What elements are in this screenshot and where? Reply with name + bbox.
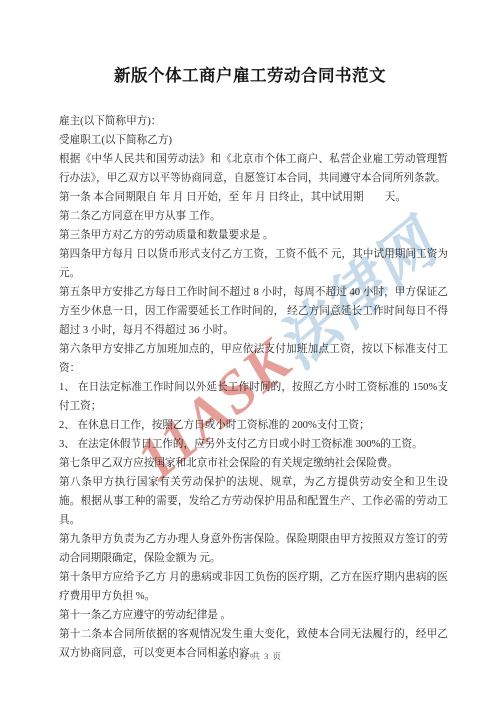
doc-paragraph: 第一条 本合同期限自 年 月 日开始，至 年 月 日终止，其中试用期 天。: [59, 188, 448, 207]
document-page: 11ASK法律网 新版个体工商户雇工劳动合同书范文 雇主(以下简称甲方)： 受雇…: [0, 0, 500, 706]
doc-paragraph: 第五条甲方安排乙方每日工作时间不超过 8 小时，每周不超过 40 小时，甲方保证…: [59, 283, 448, 340]
doc-paragraph: 受雇职工(以下简称乙方): [59, 131, 448, 150]
doc-paragraph: 第七条甲乙双方应按国家和北京市社会保险的有关规定缴纳社会保险费。: [59, 454, 448, 473]
doc-paragraph: 雇主(以下简称甲方)：: [59, 112, 448, 131]
doc-paragraph: 第三条甲方对乙方的劳动质量和数量要求是 。: [59, 226, 448, 245]
doc-paragraph: 3、 在法定休假节日工作的，应另外支付乙方日或小时工资标准 300%的工资。: [59, 435, 448, 454]
doc-paragraph: 第四条甲方每月 日以货币形式支付乙方工资，工资不低不 元，其中试用期间工资为元。: [59, 245, 448, 283]
doc-paragraph: 第二条乙方同意在甲方从事 工作。: [59, 207, 448, 226]
doc-paragraph: 第九条甲方负责为乙方办理人身意外伤害保险。保险期限由甲方按照双方签订的劳动合同期…: [59, 530, 448, 568]
doc-paragraph: 2、 在休息日工作，按照乙方日或小时工资标准的 200%支付工资；: [59, 416, 448, 435]
doc-paragraph: 根据《中华人民共和国劳动法》和《北京市个体工商户、私营企业雇工劳动管理暂行办法》…: [59, 150, 448, 188]
doc-paragraph: 1、 在日法定标准工作时间以外延长工作时间的，按照乙方小时工资标准的 150%支…: [59, 378, 448, 416]
doc-paragraph: 第十一条乙方应遵守的劳动纪律是 。: [59, 606, 448, 625]
page-title: 新版个体工商户雇工劳动合同书范文: [0, 62, 500, 86]
contract-body: 雇主(以下简称甲方)： 受雇职工(以下简称乙方) 根据《中华人民共和国劳动法》和…: [59, 112, 448, 663]
doc-paragraph: 第十条甲方应给予乙方 月的患病或非因工负伤的医疗期，乙方在医疗期内患病的医疗费用…: [59, 568, 448, 606]
page-number: 第 1 页 共 3 页: [0, 650, 500, 662]
doc-paragraph: 第六条甲方安排乙方加班加点的，甲应依法支付加班加点工资，按以下标准支付工资：: [59, 340, 448, 378]
doc-paragraph: 第八条甲方执行国家有关劳动保护的法规、规章，为乙方提供劳动安全和卫生设施。根据从…: [59, 473, 448, 530]
